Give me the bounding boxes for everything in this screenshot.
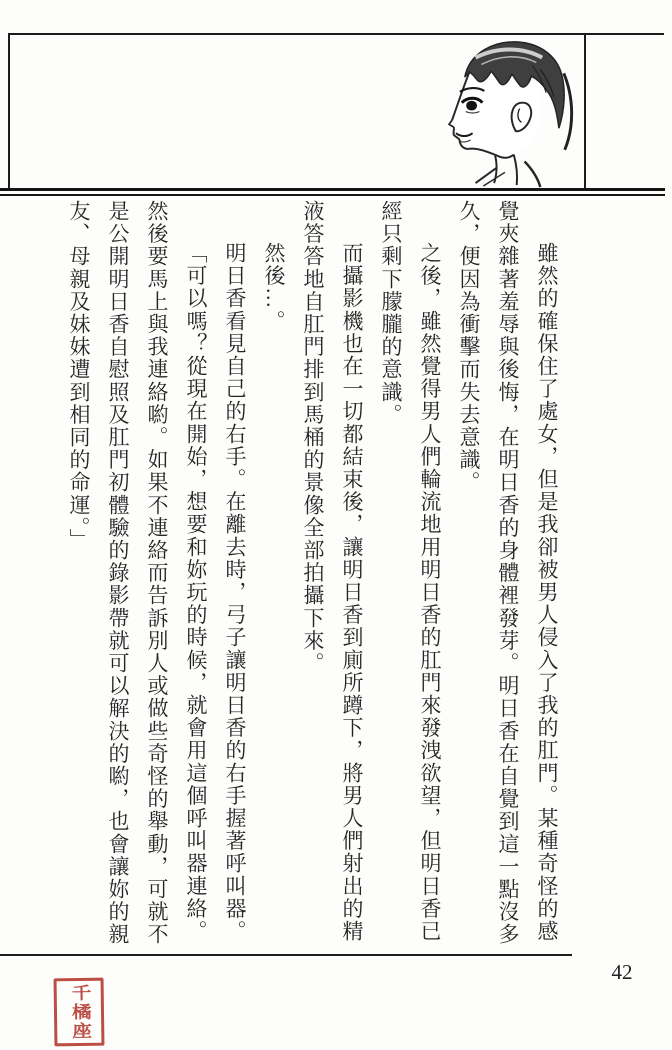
panel-left-border bbox=[8, 33, 10, 190]
story-paragraph-6: 「可以嗎？從現在開始，想要和妳玩的時候，就會用這個呼叫器連絡。然後要馬上與我連絡… bbox=[59, 200, 215, 952]
story-paragraph-5: 明日香看見自己的右手。在離去時，弓子讓明日香的右手握著呼叫器。 bbox=[215, 200, 254, 952]
story-paragraph-2: 之後，雖然覺得男人們輪流地用明日香的肛門來發洩欲望，但明日香已經只剩下朦朧的意識… bbox=[371, 200, 449, 952]
footer-rule bbox=[0, 954, 572, 956]
story-paragraph-3: 而攝影機也在一切都結束後，讓明日香到廁所蹲下，將男人們射出的精液答答地自肛門排到… bbox=[293, 200, 371, 952]
story-paragraph-4: 然後…。 bbox=[254, 200, 293, 952]
manga-page: 雖然的確保住了處女，但是我卻被男人侵入了我的肛門。某種奇怪的感覺夾雜著羞辱與後悔… bbox=[0, 0, 672, 1050]
panel-bottom-double-border bbox=[0, 188, 665, 196]
panel-top-border bbox=[8, 33, 664, 35]
publisher-seal-text: 千橘座 bbox=[64, 983, 94, 1040]
publisher-seal-stamp: 千橘座 bbox=[54, 978, 105, 1047]
story-text: 雖然的確保住了處女，但是我卻被男人侵入了我的肛門。某種奇怪的感覺夾雜著羞辱與後悔… bbox=[52, 200, 566, 952]
page-number: 42 bbox=[598, 960, 646, 985]
character-face-illustration bbox=[418, 36, 586, 188]
story-paragraph-1: 雖然的確保住了處女，但是我卻被男人侵入了我的肛門。某種奇怪的感覺夾雜著羞辱與後悔… bbox=[449, 200, 566, 952]
